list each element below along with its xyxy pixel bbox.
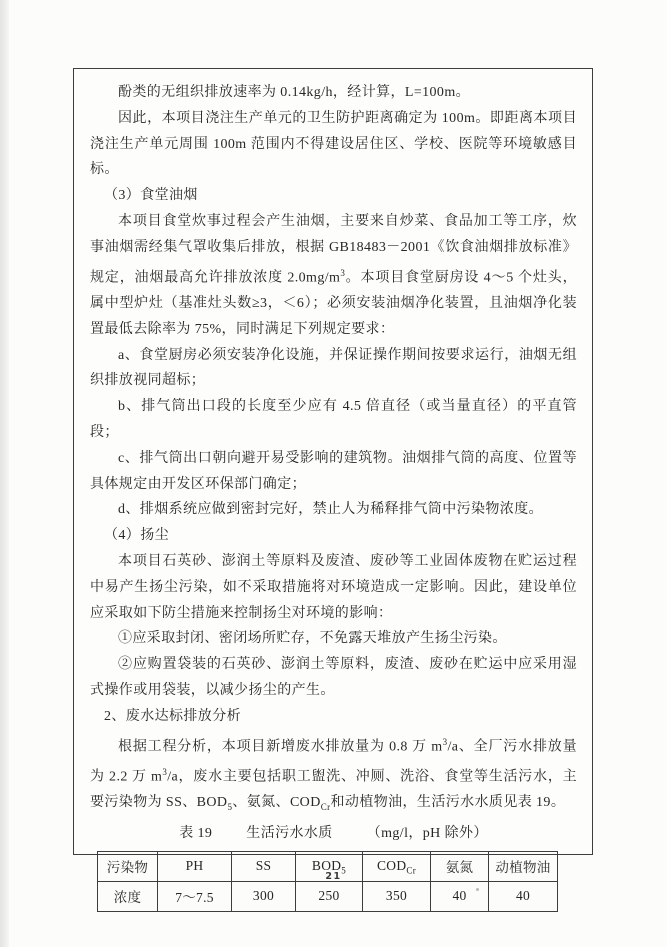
paragraph-canteen-fume: 本项目食堂炊事过程会产生油烟，主要来自炒菜、食品加工等工序，炊事油烟需经集气罩收… xyxy=(90,209,577,343)
paragraph-dust-intro: 本项目石英砂、澎润土等原料及废渣、废砂等工业固体废物在贮运过程中易产生扬尘污染，… xyxy=(90,549,577,626)
scan-edge-shadow xyxy=(0,0,9,947)
table-caption-label: 表 19 xyxy=(179,821,212,847)
heading-canteen-fume: （3）食堂油烟 xyxy=(90,183,577,209)
table-row: 浓度 7～7.5 300 250 350 40 40 xyxy=(98,881,558,911)
paragraph-item-b: b、排气筒出口段的长度至少应有 4.5 倍直径（或当量直径）的平直管段； xyxy=(90,394,577,446)
paragraph-protection-distance: 因此，本项目浇注生产单元的卫生防护距离确定为 100m。即距离本项目浇注生产单元… xyxy=(90,106,577,183)
table-caption-title: 生活污水水质 xyxy=(246,821,332,847)
content-frame: 酚类的无组织排放速率为 0.14kg/h，经计算，L=100m。 因此，本项目浇… xyxy=(73,68,593,855)
scan-speck xyxy=(476,888,479,891)
table-cell: 40 xyxy=(431,881,489,911)
table-cell: 7～7.5 xyxy=(158,881,232,911)
paragraph-item-d: d、排烟系统应做到密封完好，禁止人为稀释排气筒中污染物浓度。 xyxy=(90,497,577,523)
table-row-label: 浓度 xyxy=(98,881,158,911)
paragraph-dust-measure-1: ①应采取封闭、密闭场所贮存，不免露天堆放产生扬尘污染。 xyxy=(90,626,577,652)
heading-wastewater: 2、废水达标排放分析 xyxy=(90,704,577,730)
table-cell: 250 xyxy=(296,881,363,911)
paragraph-wastewater: 根据工程分析，本项目新增废水排放量为 0.8 万 m3/a、全厂污水排放量为 2… xyxy=(90,730,577,822)
document-body-text: 酚类的无组织排放速率为 0.14kg/h，经计算，L=100m。 因此，本项目浇… xyxy=(90,80,577,821)
table-caption: 表 19 生活污水水质 （mg/l，pH 除外） xyxy=(90,821,577,847)
heading-dust: （4）扬尘 xyxy=(90,523,577,549)
table-cell: 350 xyxy=(363,881,431,911)
table-caption-unit: （mg/l，pH 除外） xyxy=(367,821,488,847)
paragraph-phenol-rate: 酚类的无组织排放速率为 0.14kg/h，经计算，L=100m。 xyxy=(90,80,577,106)
paragraph-item-a: a、食堂厨房必须安装净化设施，并保证操作期间按要求运行，油烟无组织排放视同超标； xyxy=(90,343,577,395)
table-cell: 40 xyxy=(489,881,558,911)
paragraph-item-c: c、排气筒出口朝向避开易受影响的建筑物。油烟排气筒的高度、位置等具体规定由开发区… xyxy=(90,446,577,498)
paragraph-dust-measure-2: ②应购置袋装的石英砂、澎润土等原料，废渣、废砂在贮运中应采用湿式操作或用袋装，以… xyxy=(90,652,577,704)
table-cell: 300 xyxy=(232,881,296,911)
page-number: 21 xyxy=(0,871,667,882)
